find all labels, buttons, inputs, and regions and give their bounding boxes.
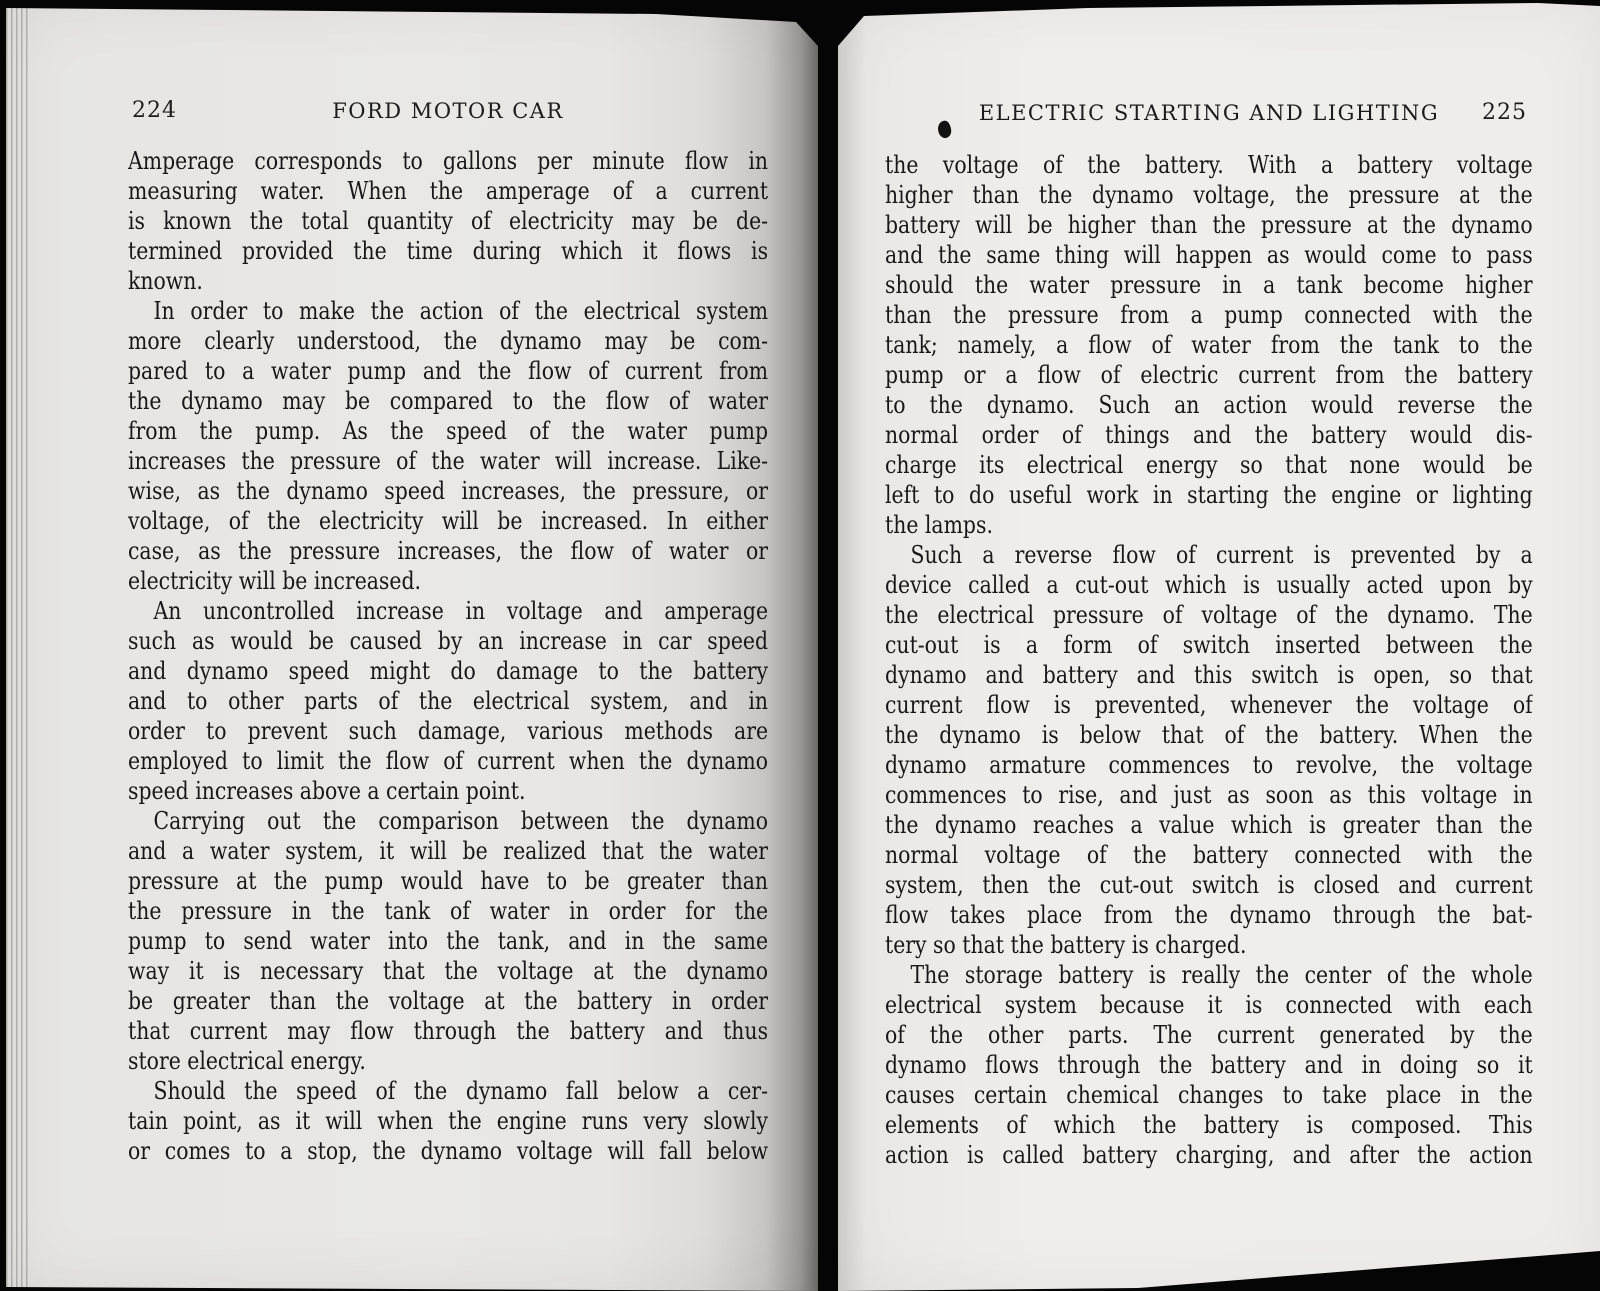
text-line: current flow is prevented, whenever the … [885, 690, 1533, 720]
text-line: such as would be caused by an increase i… [128, 626, 768, 656]
text-line: causes certain chemical changes to take … [885, 1080, 1533, 1110]
text-line: dynamo armature commences to revolve, th… [885, 750, 1533, 780]
paragraph: An uncontrolled increase in voltage and … [128, 596, 768, 806]
text-line: commences to rise, and just as soon as t… [885, 780, 1533, 810]
text-line: Should the speed of the dynamo fall belo… [128, 1076, 768, 1106]
text-line: increases the pressure of the water will… [128, 446, 768, 476]
text-line: pressure at the pump would have to be gr… [128, 866, 768, 896]
paragraph: Amperage corresponds to gallons per minu… [128, 146, 768, 296]
text-line: pared to a water pump and the flow of cu… [128, 356, 768, 386]
text-line: to the dynamo. Such an action would reve… [885, 390, 1533, 420]
text-line: order to prevent such damage, various me… [128, 716, 768, 746]
text-line: the voltage of the battery. With a batte… [885, 150, 1533, 180]
text-line: or comes to a stop, the dynamo voltage w… [128, 1136, 768, 1166]
text-line: wise, as the dynamo speed increases, the… [128, 476, 768, 506]
paragraph: Should the speed of the dynamo fall belo… [128, 1076, 768, 1166]
text-line: electrical system because it is connecte… [885, 990, 1533, 1020]
text-line: tain point, as it will when the engine r… [128, 1106, 768, 1136]
text-line: more clearly understood, the dynamo may … [128, 326, 768, 356]
text-line: flow takes place from the dynamo through… [885, 900, 1533, 930]
text-line: tank; namely, a flow of water from the t… [885, 330, 1533, 360]
text-line: the dynamo is below that of the battery.… [885, 720, 1533, 750]
page-number-left: 224 [132, 98, 177, 123]
text-line: normal order of things and the battery w… [885, 420, 1533, 450]
text-line: Amperage corresponds to gallons per minu… [128, 146, 768, 176]
text-line: speed increases above a certain point. [128, 776, 768, 806]
text-line: the electrical pressure of voltage of th… [885, 600, 1533, 630]
paragraph: In order to make the action of the elect… [128, 296, 768, 596]
text-line: Carrying out the comparison between the … [128, 806, 768, 836]
text-line: should the water pressure in a tank beco… [885, 270, 1533, 300]
text-line: battery will be higher than the pressure… [885, 210, 1533, 240]
text-line: The storage battery is really the center… [885, 960, 1533, 990]
text-line: tery so that the battery is charged. [885, 930, 1533, 960]
text-line: measuring water. When the amperage of a … [128, 176, 768, 206]
text-line: is known the total quantity of electrici… [128, 206, 768, 236]
right-page-text: the voltage of the battery. With a batte… [885, 150, 1533, 1170]
text-line: than the pressure from a pump connected … [885, 300, 1533, 330]
text-line: the dynamo may be compared to the flow o… [128, 386, 768, 416]
text-line: termined provided the time during which … [128, 236, 768, 266]
text-line: pump to send water into the tank, and in… [128, 926, 768, 956]
text-line: of the other parts. The current generate… [885, 1020, 1533, 1050]
text-line: elements of which the battery is compose… [885, 1110, 1533, 1140]
page-edges [6, 0, 30, 1291]
left-page-text: Amperage corresponds to gallons per minu… [128, 146, 768, 1166]
left-page: 224 FORD MOTOR CAR Amperage corresponds … [6, 0, 818, 1291]
text-line: the lamps. [885, 510, 1533, 540]
text-line: pump or a flow of electric current from … [885, 360, 1533, 390]
book-scan: 224 FORD MOTOR CAR Amperage corresponds … [0, 0, 1600, 1291]
text-line: voltage, of the electricity will be incr… [128, 506, 768, 536]
text-line: and the same thing will happen as would … [885, 240, 1533, 270]
text-line: from the pump. As the speed of the water… [128, 416, 768, 446]
text-line: case, as the pressure increases, the flo… [128, 536, 768, 566]
left-running-header-row: 224 FORD MOTOR CAR [128, 98, 768, 130]
paragraph: the voltage of the battery. With a batte… [885, 150, 1533, 540]
text-line: action is called battery charging, and a… [885, 1140, 1533, 1170]
text-line: that current may flow through the batter… [128, 1016, 768, 1046]
paragraph: Such a reverse flow of current is preven… [885, 540, 1533, 960]
text-line: dynamo and battery and this switch is op… [885, 660, 1533, 690]
text-line: In order to make the action of the elect… [128, 296, 768, 326]
text-line: and to other parts of the electrical sys… [128, 686, 768, 716]
text-line: cut-out is a form of switch inserted bet… [885, 630, 1533, 660]
text-line: charge its electrical energy so that non… [885, 450, 1533, 480]
text-line: Such a reverse flow of current is preven… [885, 540, 1533, 570]
right-page: ELECTRIC STARTING AND LIGHTING 225 the v… [838, 0, 1600, 1291]
text-line: store electrical energy. [128, 1046, 768, 1076]
text-line: and a water system, it will be realized … [128, 836, 768, 866]
text-line: employed to limit the flow of current wh… [128, 746, 768, 776]
page-number-right: 225 [1482, 100, 1527, 125]
running-header-right: ELECTRIC STARTING AND LIGHTING [979, 101, 1439, 125]
text-line: higher than the dynamo voltage, the pres… [885, 180, 1533, 210]
text-line: be greater than the voltage at the batte… [128, 986, 768, 1016]
text-line: the pressure in the tank of water in ord… [128, 896, 768, 926]
text-line: way it is necessary that the voltage at … [128, 956, 768, 986]
text-line: left to do useful work in starting the e… [885, 480, 1533, 510]
text-line: known. [128, 266, 768, 296]
paragraph: The storage battery is really the center… [885, 960, 1533, 1170]
text-line: the dynamo reaches a value which is grea… [885, 810, 1533, 840]
text-line: dynamo flows through the battery and in … [885, 1050, 1533, 1080]
text-line: and dynamo speed might do damage to the … [128, 656, 768, 686]
running-header-left: FORD MOTOR CAR [332, 99, 564, 123]
right-running-header-row: ELECTRIC STARTING AND LIGHTING 225 [885, 100, 1533, 132]
text-line: electricity will be increased. [128, 566, 768, 596]
paragraph: Carrying out the comparison between the … [128, 806, 768, 1076]
text-line: system, then the cut-out switch is close… [885, 870, 1533, 900]
text-line: normal voltage of the battery connected … [885, 840, 1533, 870]
text-line: An uncontrolled increase in voltage and … [128, 596, 768, 626]
text-line: device called a cut-out which is usually… [885, 570, 1533, 600]
